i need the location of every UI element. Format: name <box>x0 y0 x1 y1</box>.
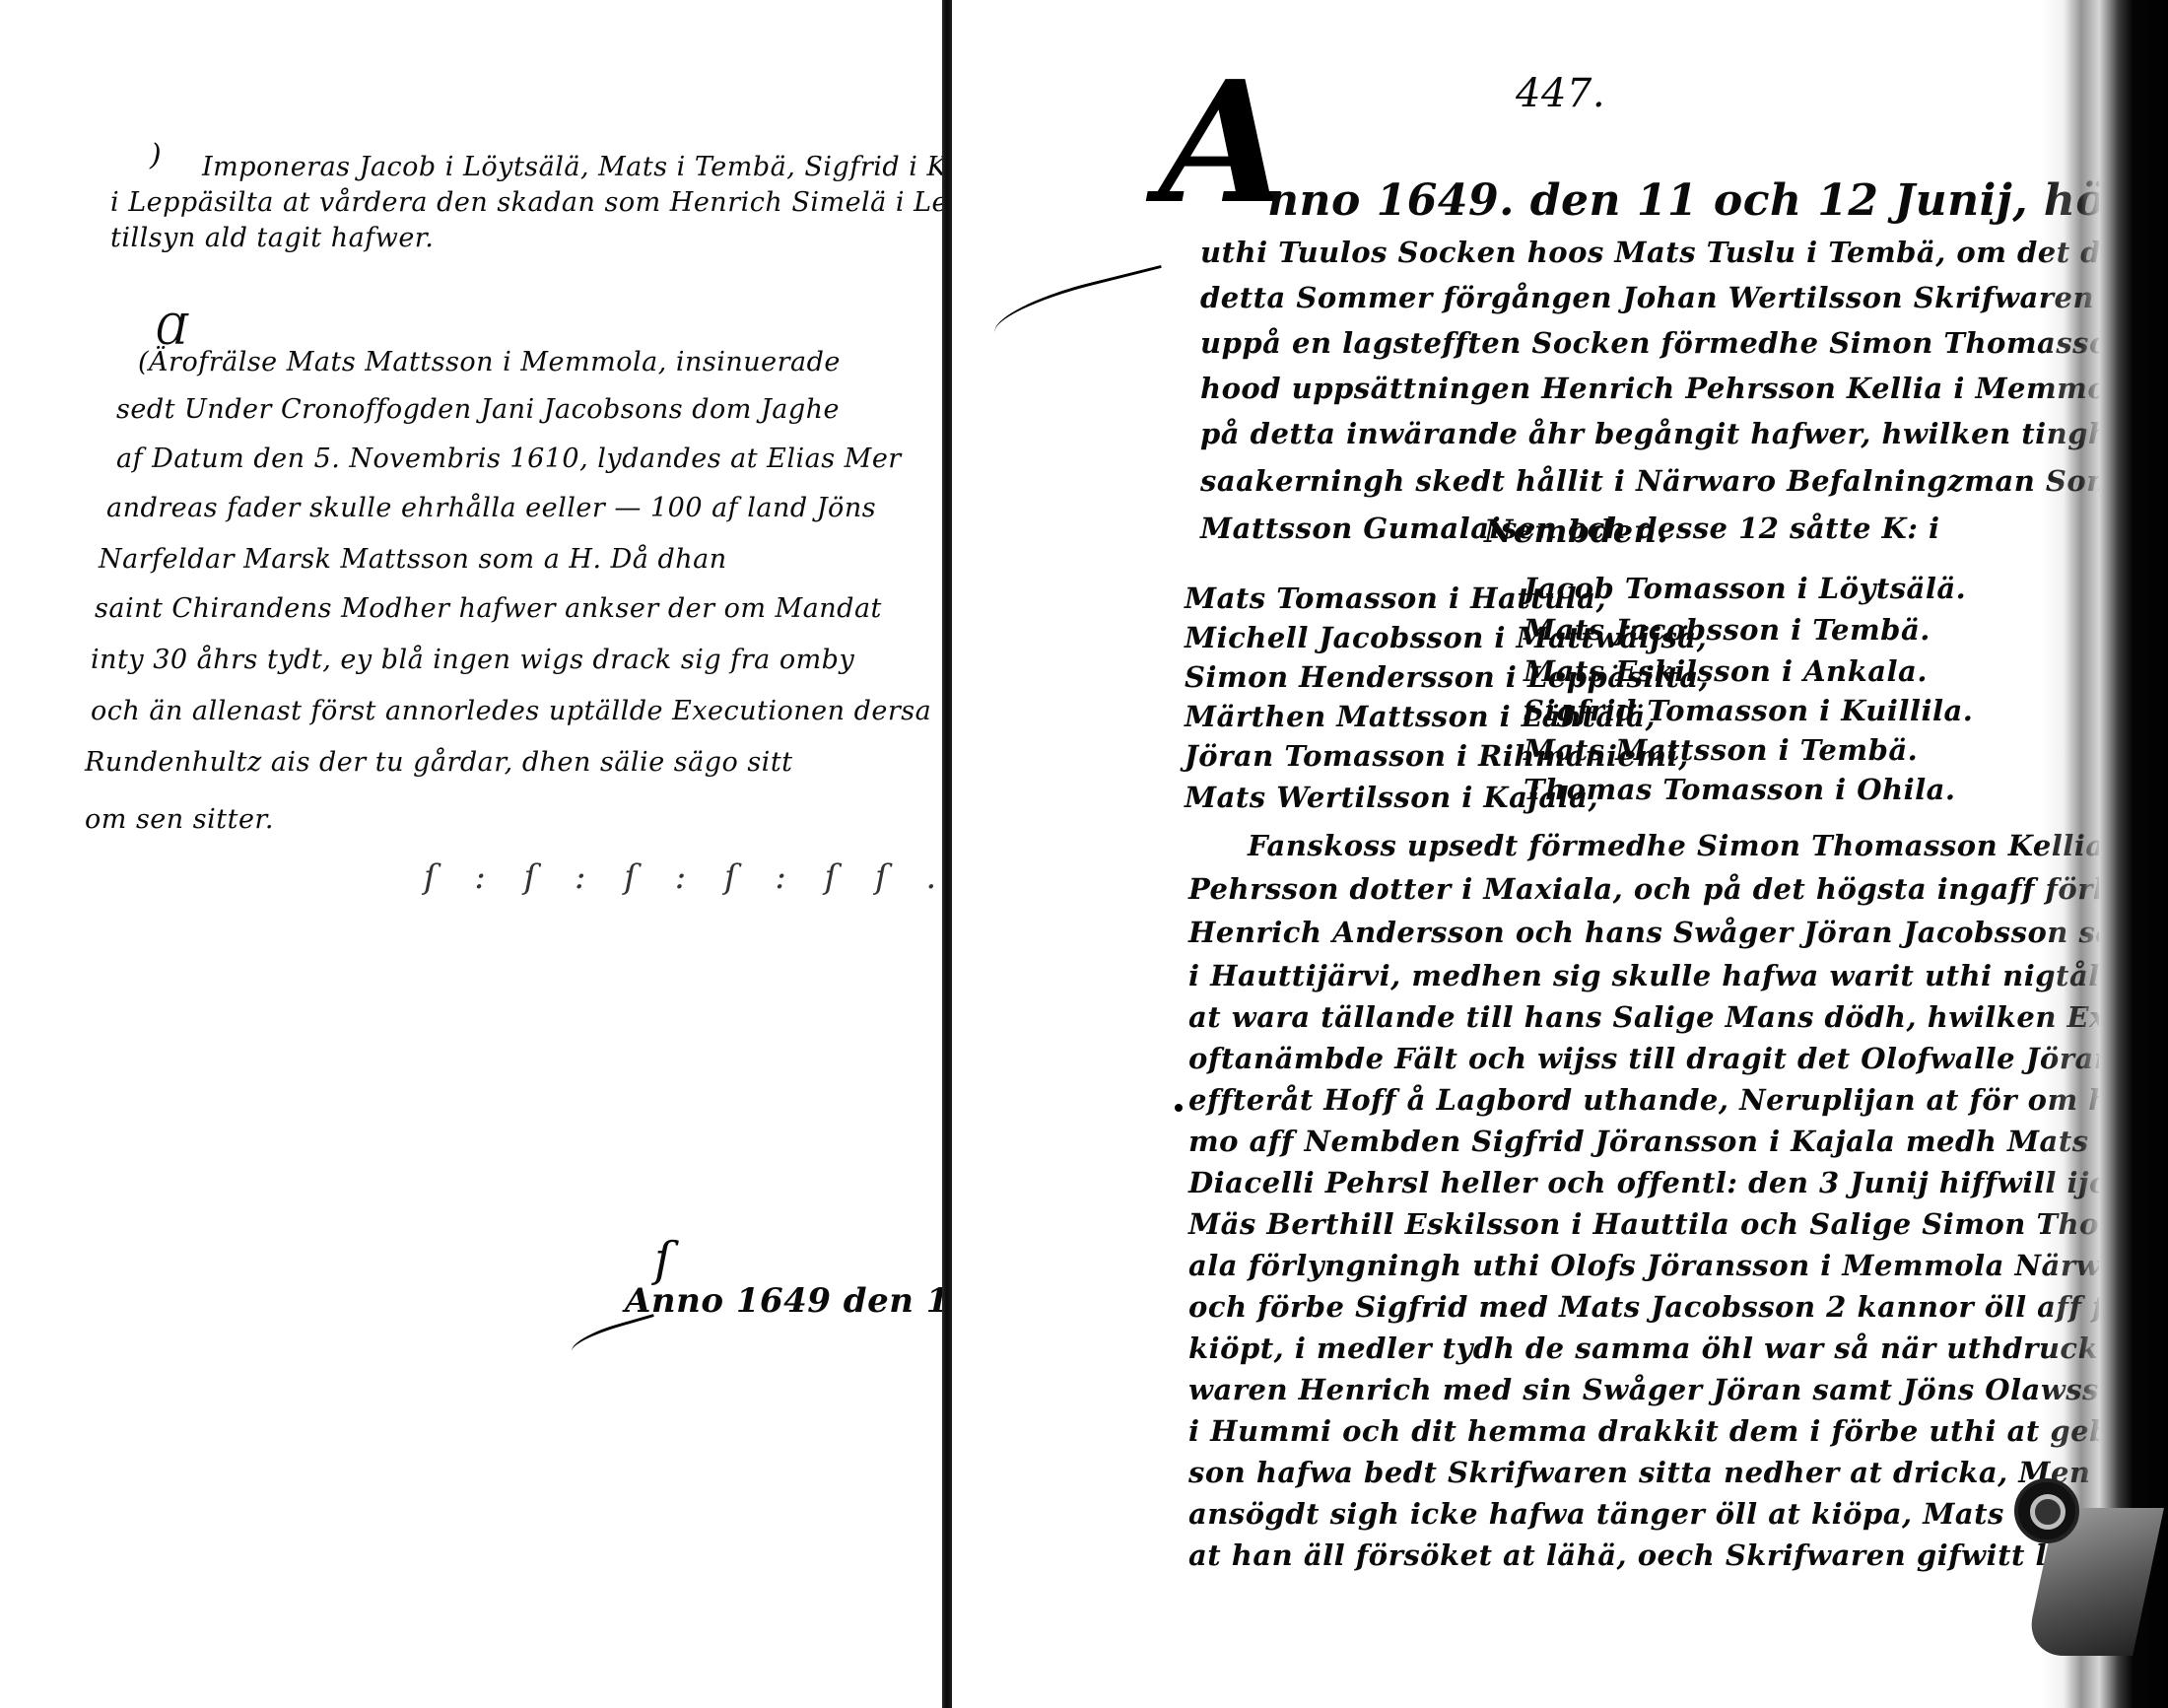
text-line: af Datum den 5. Novembris 1610, lydandes… <box>116 440 902 479</box>
text-line: inty 30 åhrs tydt, ey blå ingen wigs dra… <box>91 641 854 680</box>
text-line: mo aff Nembden Sigfrid Jöransson i Kajal… <box>1188 1122 2168 1161</box>
text-line: effteråt Hoff å Lagbord uthande, Nerupli… <box>1188 1080 2168 1120</box>
text-line: på detta inwärande åhr begångit hafwer, … <box>1200 414 2168 453</box>
text-line: i Hummi och dit hemma drakkit dem i förb… <box>1188 1411 2168 1451</box>
text-line: Narfeldar Marsk Mattsson som a H. Då dha… <box>99 540 727 580</box>
book-binding <box>2099 0 2168 1708</box>
clip-ring-icon <box>2014 1478 2079 1543</box>
nembden-member: Thomas Tomasson i Ohila. <box>1524 773 1956 806</box>
margin-mark: ) <box>150 138 162 172</box>
page-number: 447. <box>1516 71 1605 116</box>
text-line: Fanskoss upsedt förmedhe Simon Thomasson… <box>1248 826 2168 865</box>
nembden-member: Mats Mattsson i Tembä. <box>1524 733 1918 767</box>
text-line: ala förlyngningh uthi Olofs Jöransson i … <box>1188 1246 2168 1285</box>
text-line: Mäs Berthill Eskilsson i Hauttila och Sa… <box>1188 1204 2168 1244</box>
flourish-stroke <box>569 1314 660 1360</box>
nembden-member: Jacob Tomasson i Löytsälä. <box>1524 572 1966 605</box>
text-line: saint Chirandens Modher hafwer ankser de… <box>95 589 882 629</box>
text-line: uppå en lagstefften Socken förmedhe Simo… <box>1200 323 2168 363</box>
text-line: Diacelli Pehrsl heller och offentl: den … <box>1188 1163 2168 1202</box>
book-gutter <box>942 0 952 1708</box>
text-line: kiöpt, i medler tydh de samma öhl war så… <box>1188 1329 2168 1368</box>
catchword-initial: ſ <box>654 1232 672 1287</box>
text-line: Pehrsson dotter i Maxiala, och på det hö… <box>1188 869 2168 909</box>
text-line: waren Henrich med sin Swåger Jöran samt … <box>1188 1370 2168 1409</box>
nembden-member: Mats Eskilsson i Ankala. <box>1524 654 1928 688</box>
text-line: i Hauttijärvi, medhen sig skulle hafwa w… <box>1188 956 2168 995</box>
text-line: (Ärofrälse Mats Mattsson i Memmola, insi… <box>138 343 841 382</box>
nembden-member: Sigfrid Tomasson i Kuillila. <box>1524 694 1973 727</box>
text-line: Henrich Andersson och hans Swåger Jöran … <box>1188 913 2168 952</box>
page-edge <box>2040 0 2099 1708</box>
text-line: detta Sommer förgången Johan Wertilsson … <box>1200 278 2168 317</box>
text-line: oftanämbde Fält och wijss till dragit de… <box>1188 1039 2168 1078</box>
text-line: hood uppsättningen Henrich Pehrsson Kell… <box>1200 369 2168 408</box>
left-page: ) Imponeras Jacob i Löytsälä, Mats i Tem… <box>0 0 944 1708</box>
text-line: Rundenhultz ais der tu gårdar, dhen säli… <box>85 743 793 783</box>
text-line: tillsyn ald tagit hafwer. <box>110 219 434 258</box>
text-line: och än allenast först annorledes uptälld… <box>91 692 931 731</box>
text-line: uthi Tuulos Socken hoos Mats Tuslu i Tem… <box>1200 233 2168 272</box>
nembden-member: Mats Jacobsson i Tembä. <box>1524 613 1931 647</box>
text-line: och förbe Sigfrid med Mats Jacobsson 2 k… <box>1188 1287 2168 1327</box>
heading-flourish <box>988 265 1171 349</box>
text-line: sedt Under Cronoffogden Jani Jacobsons d… <box>116 390 840 430</box>
ornament-divider: ſ : ſ : ſ : ſ : ſ ſ . <box>424 857 950 897</box>
heading-text: nno 1649. den 11 och 12 Junij, hölts Ext… <box>1267 175 2168 226</box>
right-page: 447. A nno 1649. den 11 och 12 Junij, hö… <box>952 0 2105 1708</box>
margin-dot <box>1175 1104 1183 1112</box>
text-line: om sen sitter. <box>85 800 274 840</box>
text-line: at wara tällande till hans Salige Mans d… <box>1188 997 2168 1037</box>
nembden-title: Nembden. <box>1484 512 1668 550</box>
binding-clip <box>2000 1469 2148 1675</box>
text-line: andreas fader skulle ehrhålla eeller — 1… <box>106 489 876 528</box>
text-line: saakerningh skedt hållit i Närwaro Befal… <box>1200 461 2168 501</box>
